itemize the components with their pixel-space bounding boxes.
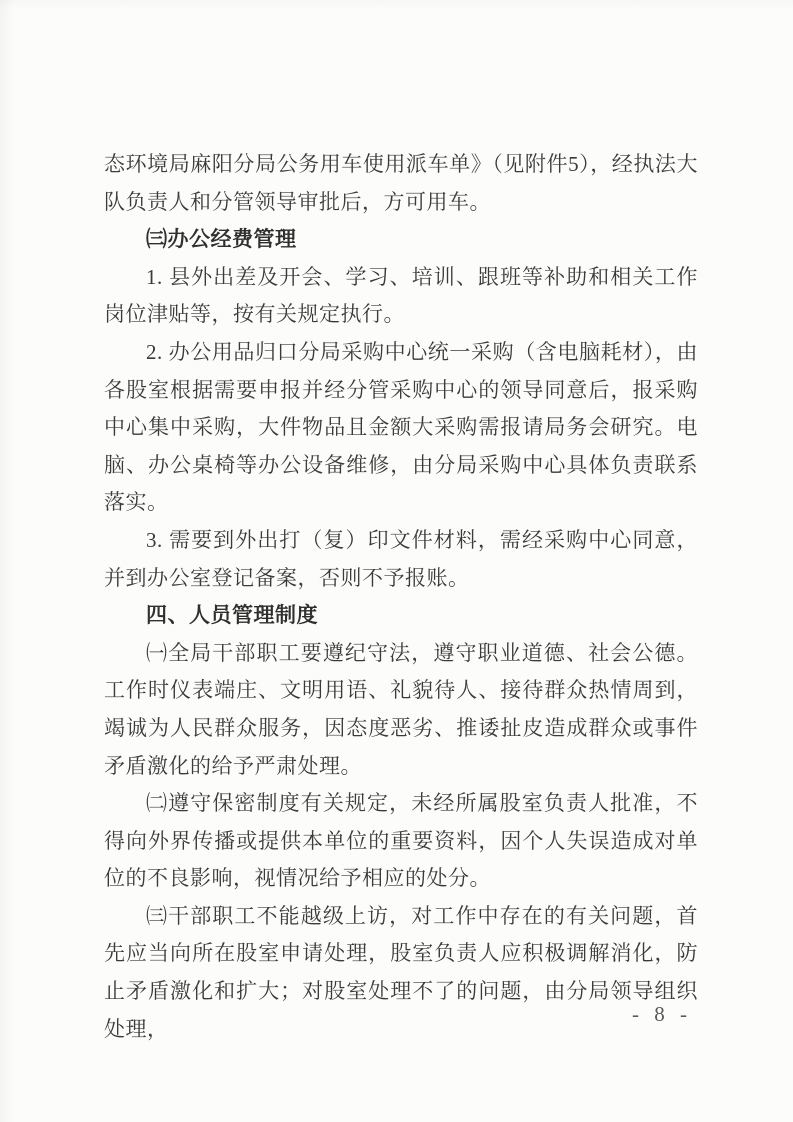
heading-personnel-management-system: 四、人员管理制度 [104, 597, 698, 635]
page-number: - 8 - [622, 1002, 702, 1027]
paragraph-rule-3-petition-handling: ㈢干部职工不能越级上访，对工作中存在的有关问题，首先应当向所在股室申请处理，股室… [104, 898, 698, 1048]
heading-office-expense-management: ㈢办公经费管理 [104, 221, 698, 259]
paragraph-item-1-travel-subsidy: 1. 县外出差及开会、学习、培训、跟班等补助和相关工作岗位津贴等，按有关规定执行… [104, 259, 698, 334]
paragraph-item-3-printing-registration: 3. 需要到外出打（复）印文件材料，需经采购中心同意，并到办公室登记备案，否则不… [104, 522, 698, 597]
paragraph-continuation-vehicle-use: 态环境局麻阳分局公务用车使用派车单》（见附件5），经执法大队负责人和分管领导审批… [104, 146, 698, 221]
paragraph-item-2-office-supplies-procurement: 2. 办公用品归口分局采购中心统一采购（含电脑耗材），由各股室根据需要申报并经分… [104, 334, 698, 522]
document-body: 态环境局麻阳分局公务用车使用派车单》（见附件5），经执法大队负责人和分管领导审批… [104, 146, 698, 1048]
document-page: 态环境局麻阳分局公务用车使用派车单》（见附件5），经执法大队负责人和分管领导审批… [0, 0, 793, 1122]
paragraph-rule-2-confidentiality: ㈡遵守保密制度有关规定，未经所属股室负责人批准，不得向外界传播或提供本单位的重要… [104, 785, 698, 898]
paragraph-rule-1-conduct-and-ethics: ㈠全局干部职工要遵纪守法，遵守职业道德、社会公德。工作时仪表端庄、文明用语、礼貌… [104, 635, 698, 785]
